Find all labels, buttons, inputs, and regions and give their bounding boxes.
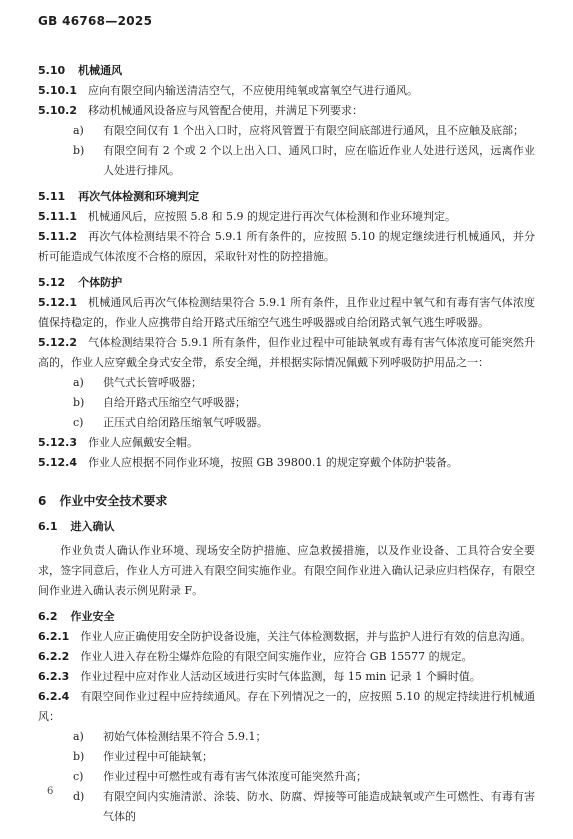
section-title: 再次气体检测和环境判定 xyxy=(78,190,199,203)
section-number: 5.11 xyxy=(38,190,65,203)
clause-number: 6.2.1 xyxy=(38,630,69,643)
list-6-2-4: a) 初始气体检测结果不符合 5.9.1； b) 作业过程中可能缺氧； c) 作… xyxy=(38,727,535,827)
list-text: 自给开路式压缩空气呼吸器； xyxy=(103,393,535,413)
list-item-a: a) 有限空间仅有 1 个出入口时，应将风管置于有限空间底部进行通风，且不应触及… xyxy=(38,121,535,141)
list-label: a) xyxy=(73,373,103,393)
clause-text: 有限空间作业过程中应持续通风。存在下列情况之一的，应按照 5.10 的规定持续进… xyxy=(38,690,535,723)
clause-text: 应向有限空间内输送清洁空气，不应使用纯氧或富氧空气进行通风。 xyxy=(88,84,418,97)
page-number: 6 xyxy=(47,786,53,797)
list-item-b: b) 作业过程中可能缺氧； xyxy=(38,747,535,767)
clause-text: 气体检测结果符合 5.9.1 所有条件，但作业过程中可能缺氧或有毒有害气体浓度可… xyxy=(38,336,535,369)
section-heading-5-12: 5.12个体防护 xyxy=(38,273,535,293)
clause-number: 5.12.1 xyxy=(38,296,77,309)
list-label: b) xyxy=(73,393,103,413)
clause-6-2-4: 6.2.4有限空间作业过程中应持续通风。存在下列情况之一的，应按照 5.10 的… xyxy=(38,687,535,727)
list-text: 供气式长管呼吸器； xyxy=(103,373,535,393)
clause-text: 作业过程中应对作业人活动区域进行实时气体监测，每 15 min 记录 1 个瞬时… xyxy=(80,670,481,683)
section-number: 6.2 xyxy=(38,610,58,623)
list-label: a) xyxy=(73,727,103,747)
clause-text: 再次气体检测结果不符合 5.9.1 所有条件的，应按照 5.10 的规定继续进行… xyxy=(38,230,535,263)
clause-number: 6.2.3 xyxy=(38,670,69,683)
clause-text: 作业人应佩戴安全帽。 xyxy=(88,436,198,449)
clause-5-12-2: 5.12.2气体检测结果符合 5.9.1 所有条件，但作业过程中可能缺氧或有毒有… xyxy=(38,333,535,373)
section-number: 5.12 xyxy=(38,276,65,289)
clause-number: 5.12.4 xyxy=(38,456,77,469)
standard-number-header: GB 46768—2025 xyxy=(38,13,535,29)
section-title: 作业安全 xyxy=(71,610,115,623)
clause-6-2-3: 6.2.3作业过程中应对作业人活动区域进行实时气体监测，每 15 min 记录 … xyxy=(38,667,535,687)
section-number: 6.1 xyxy=(38,520,58,533)
clause-number: 5.10.1 xyxy=(38,84,77,97)
clause-5-10-2: 5.10.2移动机械通风设备应与风管配合使用，并满足下列要求： xyxy=(38,101,535,121)
clause-number: 6.2.2 xyxy=(38,650,69,663)
clause-5-12-4: 5.12.4作业人应根据不同作业环境，按照 GB 39800.1 的规定穿戴个体… xyxy=(38,453,535,473)
list-text: 有限空间内实施清淤、涂装、防水、防腐、焊接等可能造成缺氧或产生可燃性、有毒有害气… xyxy=(103,787,535,827)
clause-text: 机械通风后，应按照 5.8 和 5.9 的规定进行再次气体检测和作业环境判定。 xyxy=(88,210,456,223)
section-heading-5-10: 5.10机械通风 xyxy=(38,61,535,81)
section-title: 个体防护 xyxy=(78,276,122,289)
clause-number: 5.10.2 xyxy=(38,104,77,117)
clause-number: 5.12.2 xyxy=(38,336,77,349)
list-5-12-2: a) 供气式长管呼吸器； b) 自给开路式压缩空气呼吸器； c) 正压式自给闭路… xyxy=(38,373,535,433)
section-heading-5-11: 5.11再次气体检测和环境判定 xyxy=(38,187,535,207)
list-item-d: d) 有限空间内实施清淤、涂装、防水、防腐、焊接等可能造成缺氧或产生可燃性、有毒… xyxy=(38,787,535,827)
paragraph-6-1: 作业负责人确认作业环境、现场安全防护措施、应急救援措施，以及作业设备、工具符合安… xyxy=(38,541,535,601)
list-text: 有限空间有 2 个或 2 个以上出入口、通风口时，应在临近作业人处进行送风，远离… xyxy=(103,141,535,181)
chapter-number: 6 xyxy=(38,494,46,508)
clause-number: 5.11.1 xyxy=(38,210,77,223)
clause-5-11-2: 5.11.2再次气体检测结果不符合 5.9.1 所有条件的，应按照 5.10 的… xyxy=(38,227,535,267)
list-item-b: b) 有限空间有 2 个或 2 个以上出入口、通风口时，应在临近作业人处进行送风… xyxy=(38,141,535,181)
clause-5-12-1: 5.12.1机械通风后再次气体检测结果符合 5.9.1 所有条件，且作业过程中氧… xyxy=(38,293,535,333)
clause-number: 5.11.2 xyxy=(38,230,77,243)
list-label: c) xyxy=(73,767,103,787)
clause-text: 移动机械通风设备应与风管配合使用，并满足下列要求： xyxy=(88,104,363,117)
clause-5-11-1: 5.11.1机械通风后，应按照 5.8 和 5.9 的规定进行再次气体检测和作业… xyxy=(38,207,535,227)
clause-number: 6.2.4 xyxy=(38,690,69,703)
list-item-c: c) 正压式自给闭路压缩氧气呼吸器。 xyxy=(38,413,535,433)
section-title: 机械通风 xyxy=(78,64,122,77)
clause-number: 5.12.3 xyxy=(38,436,77,449)
clause-6-2-1: 6.2.1作业人应正确使用安全防护设备设施，关注气体检测数据，并与监护人进行有效… xyxy=(38,627,535,647)
list-text: 初始气体检测结果不符合 5.9.1； xyxy=(103,727,535,747)
section-number: 5.10 xyxy=(38,64,65,77)
document-page: GB 46768—2025 5.10机械通风 5.10.1应向有限空间内输送清洁… xyxy=(0,0,573,827)
list-label: b) xyxy=(73,141,103,181)
list-5-10-2: a) 有限空间仅有 1 个出入口时，应将风管置于有限空间底部进行通风，且不应触及… xyxy=(38,121,535,181)
list-item-a: a) 初始气体检测结果不符合 5.9.1； xyxy=(38,727,535,747)
section-heading-6-2: 6.2作业安全 xyxy=(38,607,535,627)
section-title: 进入确认 xyxy=(71,520,115,533)
list-text: 正压式自给闭路压缩氧气呼吸器。 xyxy=(103,413,535,433)
clause-6-2-2: 6.2.2作业人进入存在粉尘爆炸危险的有限空间实施作业，应符合 GB 15577… xyxy=(38,647,535,667)
list-text: 作业过程中可能缺氧； xyxy=(103,747,535,767)
list-label: d) xyxy=(73,787,103,827)
section-heading-6-1: 6.1进入确认 xyxy=(38,517,535,537)
chapter-heading-6: 6作业中安全技术要求 xyxy=(38,491,535,511)
clause-text: 机械通风后再次气体检测结果符合 5.9.1 所有条件，且作业过程中氧气和有毒有害… xyxy=(38,296,535,329)
clause-5-12-3: 5.12.3作业人应佩戴安全帽。 xyxy=(38,433,535,453)
clause-text: 作业人应根据不同作业环境，按照 GB 39800.1 的规定穿戴个体防护装备。 xyxy=(88,456,458,469)
chapter-title: 作业中安全技术要求 xyxy=(59,494,167,508)
clause-text: 作业人进入存在粉尘爆炸危险的有限空间实施作业，应符合 GB 15577 的规定。 xyxy=(80,650,472,663)
list-text: 作业过程中可燃性或有毒有害气体浓度可能突然升高； xyxy=(103,767,535,787)
list-label: c) xyxy=(73,413,103,433)
list-item-b: b) 自给开路式压缩空气呼吸器； xyxy=(38,393,535,413)
list-item-c: c) 作业过程中可燃性或有毒有害气体浓度可能突然升高； xyxy=(38,767,535,787)
clause-text: 作业人应正确使用安全防护设备设施，关注气体检测数据，并与监护人进行有效的信息沟通… xyxy=(80,630,531,643)
list-text: 有限空间仅有 1 个出入口时，应将风管置于有限空间底部进行通风，且不应触及底部； xyxy=(103,121,535,141)
list-label: b) xyxy=(73,747,103,767)
list-label: a) xyxy=(73,121,103,141)
list-item-a: a) 供气式长管呼吸器； xyxy=(38,373,535,393)
clause-5-10-1: 5.10.1应向有限空间内输送清洁空气，不应使用纯氧或富氧空气进行通风。 xyxy=(38,81,535,101)
